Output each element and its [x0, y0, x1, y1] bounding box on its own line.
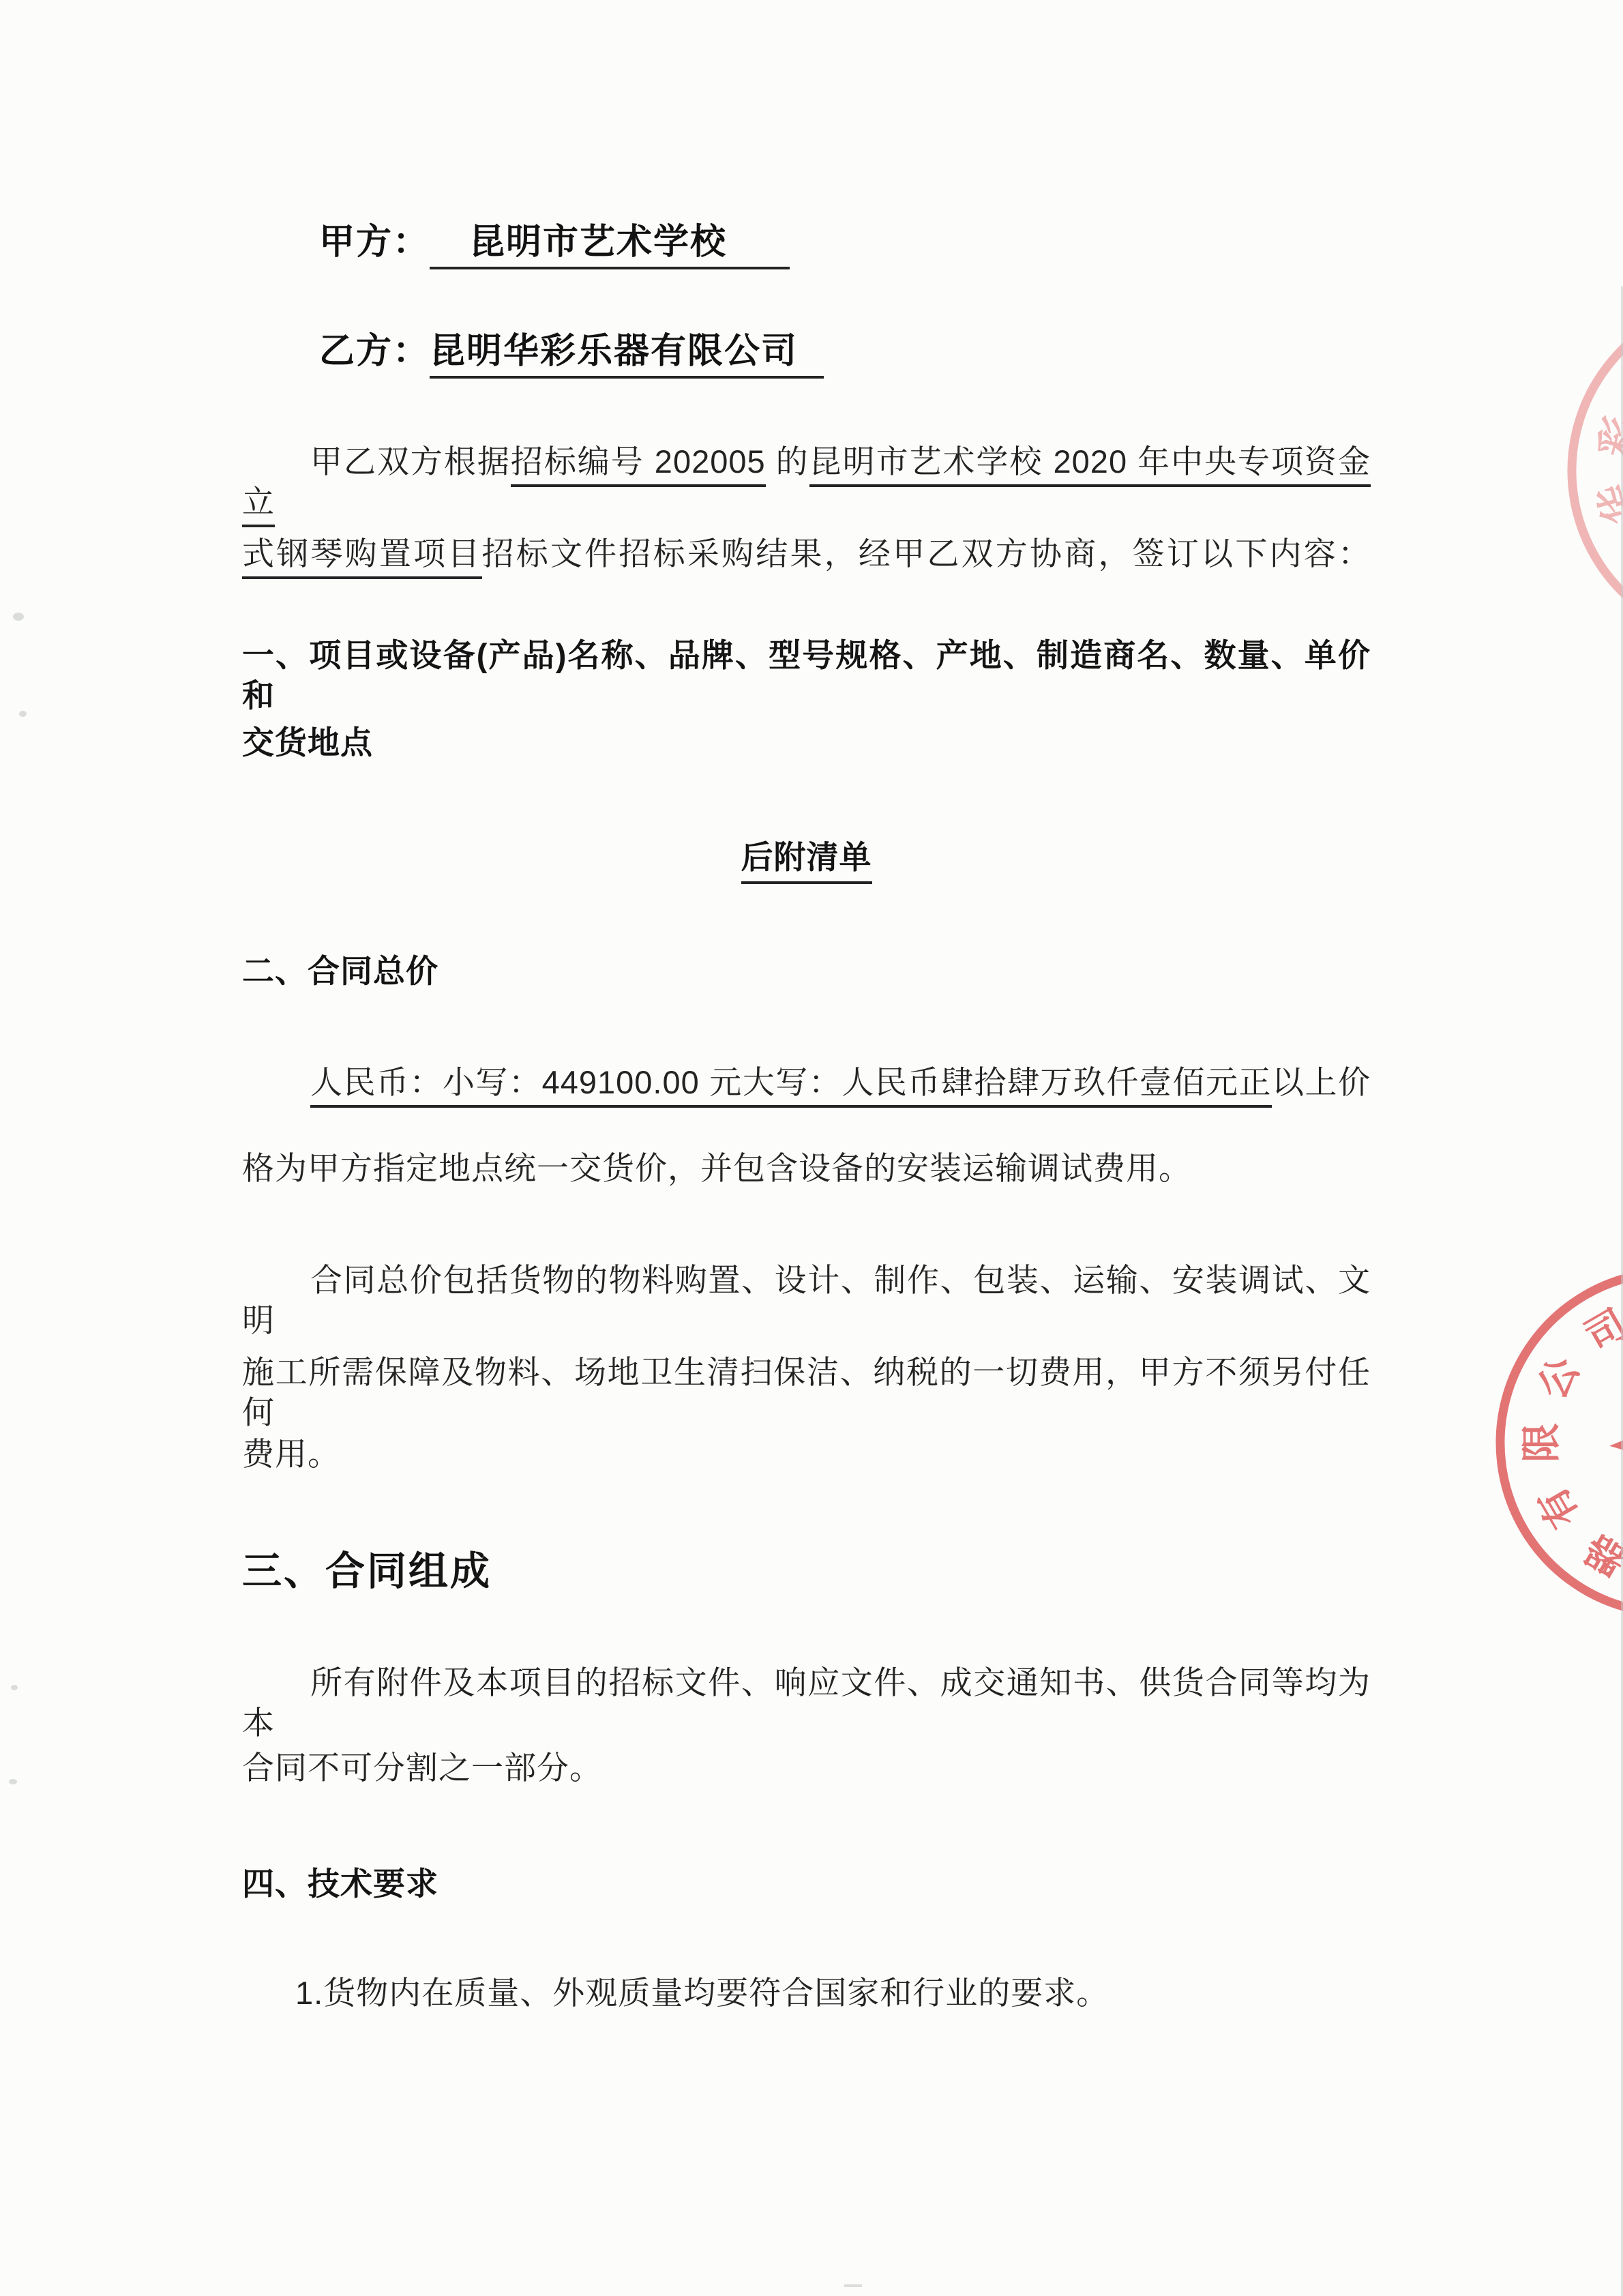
scope-paragraph-line-1: 合同总价包括货物的物料购置、设计、制作、包装、运输、安装调试、文明	[242, 1261, 1371, 1341]
company-seal-graphic: 昆明华彩乐器有限公司 091	[1437, 1209, 1623, 1677]
attachment-note-text: 后附清单	[741, 839, 872, 884]
svg-text:彩: 彩	[1591, 413, 1623, 462]
seal-star-icon	[1598, 1380, 1623, 1518]
party-a-name: 昆明市艺术学校	[430, 222, 790, 269]
section-4-heading: 四、技术要求	[242, 1864, 1371, 1904]
intro-paragraph-line-1: 甲乙双方根据招标编号 202005 的昆明市艺术学校 2020 年中央专项资金立	[242, 442, 1371, 523]
intro-text: 甲乙双方根据	[310, 443, 511, 480]
svg-text:司: 司	[1578, 1301, 1623, 1359]
attachment-note: 后附清单	[242, 838, 1371, 878]
contract-price: 人民币：小写：449100.00 元大写：人民币肆拾肆万玖仟壹佰元正	[310, 1064, 1272, 1108]
scan-speck	[19, 711, 27, 717]
faint-seal-graphic: 昆明华彩乐器有限公司 091	[1482, 210, 1623, 732]
party-b-label: 乙方：	[319, 332, 430, 371]
party-b-name: 昆明华彩乐器有限公司	[430, 332, 824, 379]
party-a-line: 甲方：昆明市艺术学校	[319, 213, 790, 264]
intro-text: 招标文件招标采购结果，经甲乙双方协商，签订以下内容：	[482, 535, 1371, 572]
scope-paragraph-line-3: 费用。	[242, 1434, 1371, 1475]
company-seal-stamp: 昆明华彩乐器有限公司 091	[1437, 1209, 1623, 1677]
svg-text:华: 华	[1591, 480, 1623, 529]
scanned-contract-page: 甲方：昆明市艺术学校 乙方：昆明华彩乐器有限公司 甲乙双方根据招标编号 2020…	[0, 0, 1623, 2296]
section-1-heading-line-2: 交货地点	[242, 723, 1371, 763]
party-b-line: 乙方：昆明华彩乐器有限公司	[319, 322, 824, 373]
intro-paragraph-line-2: 式钢琴购置项目招标文件招标采购结果，经甲乙双方协商，签订以下内容：	[242, 534, 1371, 574]
scan-speck	[13, 613, 24, 621]
intro-text: 的	[766, 443, 809, 480]
svg-text:限: 限	[1519, 1423, 1564, 1462]
svg-text:有: 有	[1530, 1479, 1588, 1535]
price-text: 以上价	[1272, 1064, 1371, 1100]
section-1-heading-line-1: 一、项目或设备(产品)名称、品牌、型号规格、产地、制造商名、数量、单价和	[242, 636, 1371, 716]
seal-ring	[1509, 237, 1623, 703]
section-2-heading: 二、合同总价	[242, 952, 1371, 992]
tech-requirement-item-1: 1.货物内在质量、外观质量均要符合国家和行业的要求。	[242, 1973, 1371, 2014]
scan-speck	[11, 1685, 18, 1690]
project-name-part2: 式钢琴购置项目	[242, 535, 482, 579]
bid-number: 招标编号 202005	[511, 443, 766, 487]
scope-paragraph-line-2: 施工所需保障及物料、场地卫生清扫保洁、纳税的一切费用，甲方不须另付任何	[242, 1353, 1371, 1433]
faint-seal-stamp: 昆明华彩乐器有限公司 091	[1482, 210, 1623, 732]
seal-company-text: 昆明华彩乐器有限公司	[1536, 264, 1623, 651]
party-a-label: 甲方：	[319, 222, 430, 262]
composition-paragraph-line-2: 合同不可分割之一部分。	[242, 1748, 1371, 1789]
price-line-2: 格为甲方指定地点统一交货价，并包含设备的安装运输调试费用。	[242, 1149, 1371, 1189]
section-3-heading: 三、合同组成	[242, 1547, 1371, 1597]
price-line-1: 人民币：小写：449100.00 元大写：人民币肆拾肆万玖仟壹佰元正以上价	[242, 1063, 1371, 1103]
svg-text:公: 公	[1530, 1350, 1588, 1407]
scan-speck	[844, 2284, 862, 2287]
scan-speck	[9, 1779, 17, 1784]
composition-paragraph-line-1: 所有附件及本项目的招标文件、响应文件、成交通知书、供货合同等均为本	[242, 1663, 1371, 1743]
